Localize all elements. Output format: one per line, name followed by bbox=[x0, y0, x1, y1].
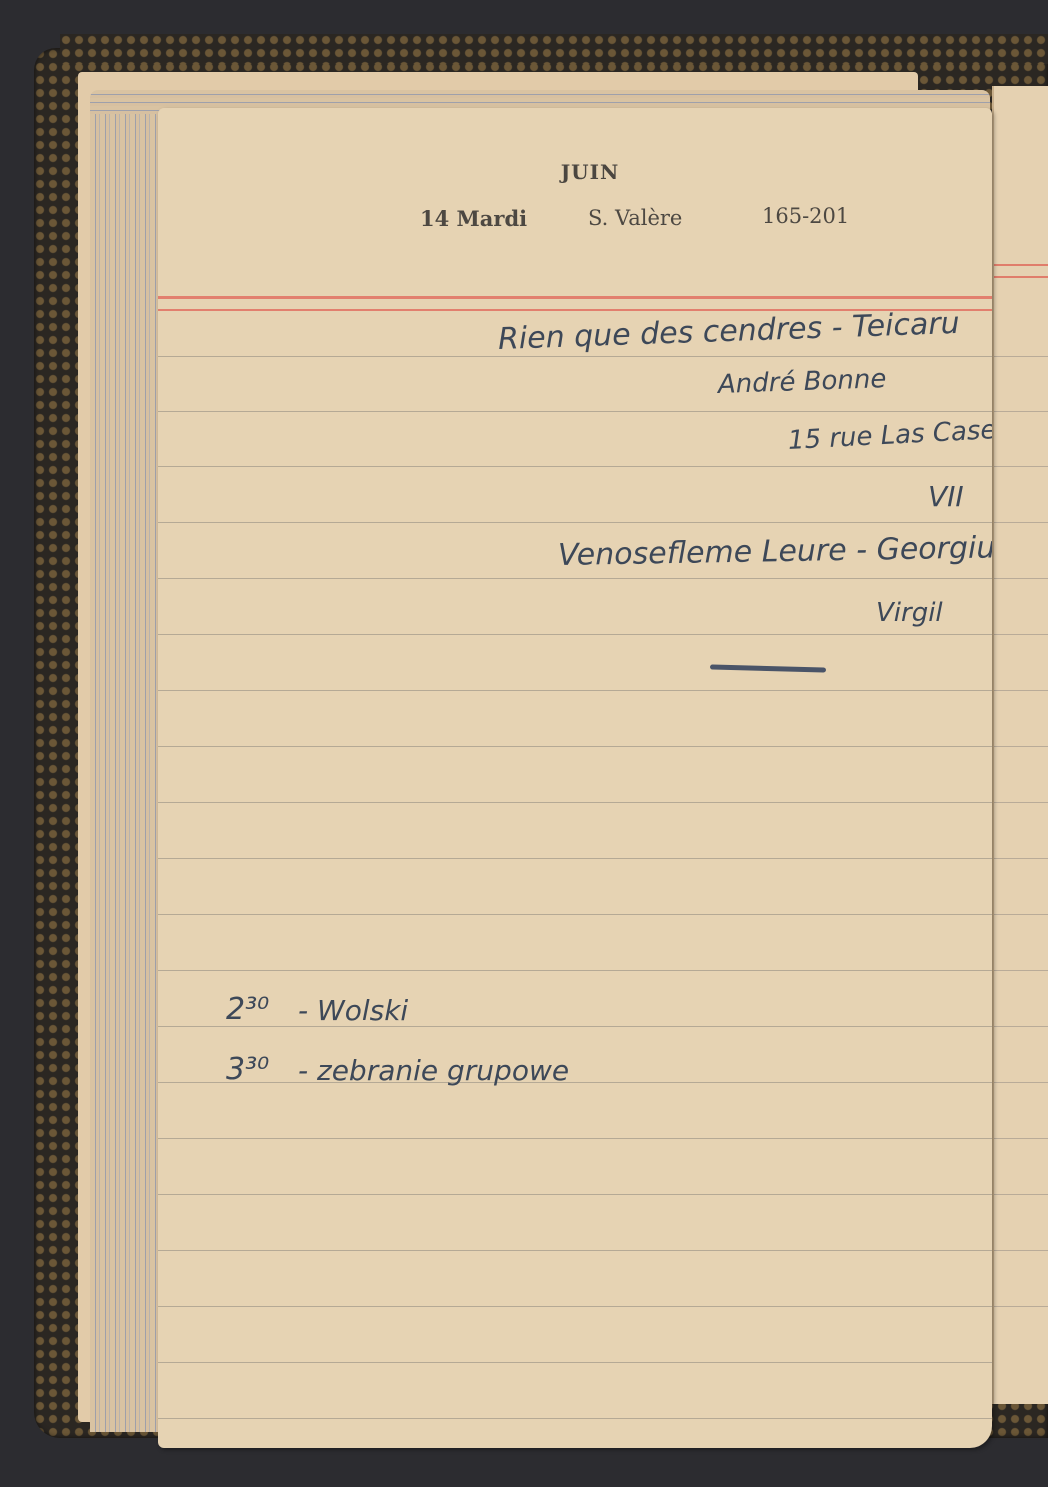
facing-rule bbox=[994, 522, 1048, 523]
facing-red-rule bbox=[994, 264, 1048, 266]
ruled-line bbox=[158, 858, 992, 859]
day-label: 14 Mardi bbox=[420, 206, 527, 231]
ruled-line bbox=[158, 411, 992, 412]
ruled-line bbox=[158, 1418, 992, 1419]
facing-rule bbox=[994, 1026, 1048, 1027]
facing-rule bbox=[994, 690, 1048, 691]
ruled-line bbox=[158, 746, 992, 747]
facing-rule bbox=[994, 746, 1048, 747]
ruled-line bbox=[158, 802, 992, 803]
facing-rule bbox=[994, 466, 1048, 467]
facing-rule bbox=[994, 970, 1048, 971]
facing-rule bbox=[994, 1082, 1048, 1083]
schedule-time: 2³⁰ bbox=[226, 992, 269, 1027]
notebook-cover-top bbox=[60, 34, 1048, 64]
schedule-entry: - zebranie grupowe bbox=[298, 1054, 569, 1087]
schedule-entry: - Wolski bbox=[298, 994, 408, 1027]
ruled-line bbox=[158, 1026, 992, 1027]
facing-rule bbox=[994, 1138, 1048, 1139]
ruled-line bbox=[158, 356, 992, 357]
ruled-line bbox=[158, 1138, 992, 1139]
schedule-time: 3³⁰ bbox=[226, 1052, 269, 1087]
handwritten-line: VII bbox=[928, 480, 964, 513]
ruled-line bbox=[158, 1306, 992, 1307]
ruled-line bbox=[158, 1082, 992, 1083]
facing-rule bbox=[994, 1194, 1048, 1195]
red-rule-top bbox=[158, 296, 992, 299]
handwritten-line: André Bonne bbox=[717, 364, 886, 400]
facing-rule bbox=[994, 578, 1048, 579]
facing-rule bbox=[994, 858, 1048, 859]
ruled-line bbox=[158, 466, 992, 467]
ink-separator-stroke bbox=[710, 664, 826, 672]
day-count: 165-201 bbox=[762, 204, 849, 228]
handwritten-line: 15 rue Las Cases bbox=[787, 414, 992, 456]
facing-rule bbox=[994, 1306, 1048, 1307]
ruled-line bbox=[158, 970, 992, 971]
ruled-line bbox=[158, 1362, 992, 1363]
ruled-line bbox=[158, 634, 992, 635]
facing-page bbox=[992, 86, 1048, 1404]
saint-name: S. Valère bbox=[588, 206, 682, 230]
ruled-line bbox=[158, 1194, 992, 1195]
facing-rule bbox=[994, 634, 1048, 635]
handwritten-line: Venosefleme Leure - Georgiu bbox=[558, 530, 992, 573]
handwritten-line: Rien que des cendres - Teicaru bbox=[497, 306, 960, 357]
month-heading: JUIN bbox=[158, 160, 992, 184]
ruled-line bbox=[158, 578, 992, 579]
handwritten-line: Virgil bbox=[876, 598, 943, 628]
facing-rule bbox=[994, 1250, 1048, 1251]
ruled-line bbox=[158, 1250, 992, 1251]
facing-rule bbox=[994, 914, 1048, 915]
facing-red-rule bbox=[994, 276, 1048, 278]
ruled-line bbox=[158, 690, 992, 691]
facing-rule bbox=[994, 411, 1048, 412]
facing-rule bbox=[994, 802, 1048, 803]
diary-page: JUIN 14 Mardi S. Valère 165-201 Rien que… bbox=[158, 108, 992, 1448]
facing-rule bbox=[994, 356, 1048, 357]
ruled-line bbox=[158, 522, 992, 523]
ruled-line bbox=[158, 914, 992, 915]
